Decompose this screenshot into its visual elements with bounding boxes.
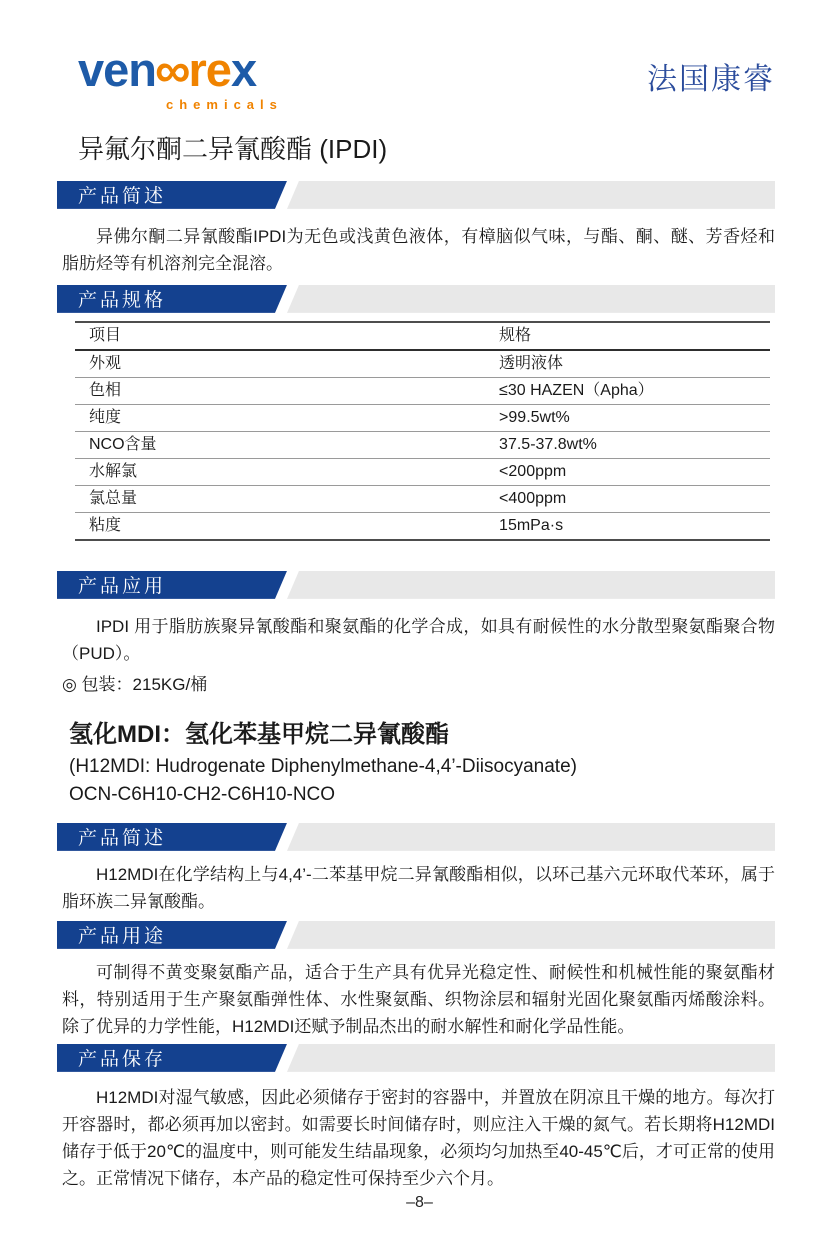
product2-overview-text: H12MDI在化学结构上与4,4’-二苯基甲烷二异氰酸酯相似，以环己基六元环取代… bbox=[62, 861, 775, 915]
section-banner-overview2: 产品简述 bbox=[57, 823, 775, 851]
table-row: 色相 ≤30 HAZEN（Apha） bbox=[75, 377, 770, 404]
logo-part-ven: ven bbox=[78, 43, 156, 96]
table-row: 氯总量 <400ppm bbox=[75, 485, 770, 512]
table-header-item: 项目 bbox=[75, 322, 485, 350]
section-banner-overview1: 产品简述 bbox=[57, 181, 775, 209]
table-row: NCO含量 37.5-37.8wt% bbox=[75, 431, 770, 458]
spec-value: ≤30 HAZEN（Apha） bbox=[485, 377, 770, 404]
section-banner-label: 产品用途 bbox=[57, 921, 287, 949]
spec-value: 透明液体 bbox=[485, 350, 770, 378]
spec-value: 15mPa·s bbox=[485, 512, 770, 540]
vencorex-logo: ven∞rex chemicals bbox=[78, 46, 283, 111]
section-banner-label: 产品保存 bbox=[57, 1044, 287, 1072]
product2-storage-text: H12MDI对湿气敏感，因此必须储存于密封的容器中，并置放在阴凉且干燥的地方。每… bbox=[62, 1084, 775, 1192]
page-number: –8– bbox=[0, 1194, 839, 1212]
logo-tagline: chemicals bbox=[166, 98, 283, 111]
spec-table: 项目 规格 外观 透明液体 色相 ≤30 HAZEN（Apha） 纯度 >99.… bbox=[75, 321, 770, 541]
section-banner-label: 产品应用 bbox=[57, 571, 287, 599]
product1-application-text: IPDI 用于脂肪族聚异氰酸酯和聚氨酯的化学合成，如具有耐候性的水分散型聚氨酯聚… bbox=[62, 613, 775, 667]
logo-part-x: x bbox=[231, 43, 256, 96]
spec-name: 色相 bbox=[75, 377, 485, 404]
section-banner-uses: 产品用途 bbox=[57, 921, 775, 949]
product1-overview-text: 异佛尔酮二异氰酸酯IPDI为无色或浅黄色液体，有樟脑似气味，与酯、酮、醚、芳香烃… bbox=[62, 223, 775, 277]
table-header-spec: 规格 bbox=[485, 322, 770, 350]
section-banner-stripe bbox=[287, 285, 775, 313]
product2-heading-block: 氢化MDI：氢化苯基甲烷二异氰酸酯 (H12MDI: Hudrogenate D… bbox=[69, 718, 775, 809]
product2-title: 氢化MDI：氢化苯基甲烷二异氰酸酯 bbox=[69, 718, 775, 751]
spec-value: 37.5-37.8wt% bbox=[485, 431, 770, 458]
spec-value: <200ppm bbox=[485, 458, 770, 485]
spec-value: <400ppm bbox=[485, 485, 770, 512]
section-banner-label: 产品简述 bbox=[57, 181, 287, 209]
spec-name: 粘度 bbox=[75, 512, 485, 540]
section-banner-stripe bbox=[287, 823, 775, 851]
section-banner-stripe bbox=[287, 181, 775, 209]
product1-title: 异氟尔酮二异氰酸酯 (IPDI) bbox=[78, 131, 775, 167]
spec-name: 氯总量 bbox=[75, 485, 485, 512]
section-banner-label: 产品简述 bbox=[57, 823, 287, 851]
document-page: ven∞rex chemicals 法国康睿 异氟尔酮二异氰酸酯 (IPDI) … bbox=[0, 0, 839, 1240]
section-banner-specs: 产品规格 bbox=[57, 285, 775, 313]
table-header-row: 项目 规格 bbox=[75, 322, 770, 350]
section-banner-applications: 产品应用 bbox=[57, 571, 775, 599]
logo-wordmark: ven∞rex bbox=[78, 46, 283, 96]
spec-value: >99.5wt% bbox=[485, 404, 770, 431]
section-banner-stripe bbox=[287, 571, 775, 599]
table-row: 外观 透明液体 bbox=[75, 350, 770, 378]
spec-name: 纯度 bbox=[75, 404, 485, 431]
spec-name: NCO含量 bbox=[75, 431, 485, 458]
spec-name: 水解氯 bbox=[75, 458, 485, 485]
section-banner-label: 产品规格 bbox=[57, 285, 287, 313]
table-row: 纯度 >99.5wt% bbox=[75, 404, 770, 431]
product2-english-name: (H12MDI: Hudrogenate Diphenylmethane-4,4… bbox=[69, 753, 775, 781]
table-row: 水解氯 <200ppm bbox=[75, 458, 770, 485]
product1-packaging-note: ◎ 包装：215KG/桶 bbox=[62, 671, 775, 698]
section-banner-storage: 产品保存 bbox=[57, 1044, 775, 1072]
table-row: 粘度 15mPa·s bbox=[75, 512, 770, 540]
page-header: ven∞rex chemicals 法国康睿 bbox=[57, 0, 775, 111]
logo-infinity-icon: ∞ bbox=[155, 42, 190, 98]
product2-chemical-formula: OCN-C6H10-CH2-C6H10-NCO bbox=[69, 781, 775, 809]
brand-chinese-name: 法国康睿 bbox=[647, 54, 775, 98]
section-banner-stripe bbox=[287, 921, 775, 949]
logo-part-re: re bbox=[189, 43, 231, 96]
spec-name: 外观 bbox=[75, 350, 485, 378]
section-banner-stripe bbox=[287, 1044, 775, 1072]
product2-uses-text: 可制得不黄变聚氨酯产品，适合于生产具有优异光稳定性、耐候性和机械性能的聚氨酯材料… bbox=[62, 959, 775, 1040]
